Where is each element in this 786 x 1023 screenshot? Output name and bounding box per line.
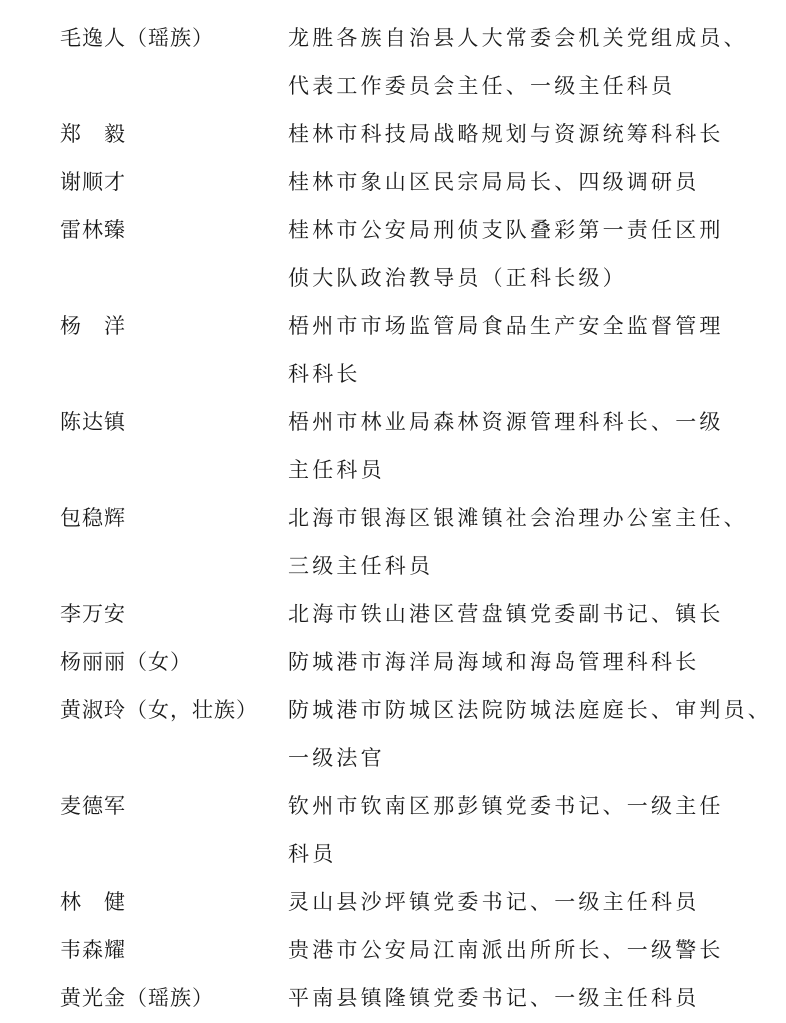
title-line: 龙胜各族自治县人大常委会机关党组成员、 [288,14,738,62]
person-title: 桂林市科技局战略规划与资源统筹科科长 [288,110,738,158]
person-name: 韦森耀 [0,926,288,974]
person-name: 杨丽丽（女） [0,638,288,686]
person-title: 桂林市公安局刑侦支队叠彩第一责任区刑侦大队政治教导员（正科长级） [288,206,738,302]
title-line: 钦州市钦南区那彭镇党委书记、一级主任 [288,782,738,830]
list-item: 陈达镇 梧州市林业局森林资源管理科科长、一级主任科员 [0,398,786,494]
person-name: 李万安 [0,590,288,638]
title-line: 主任科员 [288,446,738,494]
person-name: 黄光金（瑶族） [0,974,288,1022]
list-item: 林 健 灵山县沙坪镇党委书记、一级主任科员 [0,878,786,926]
title-line: 防城港市海洋局海域和海岛管理科科长 [288,638,738,686]
person-title: 北海市银海区银滩镇社会治理办公室主任、三级主任科员 [288,494,738,590]
person-name: 郑 毅 [0,110,288,158]
person-title: 平南县镇隆镇党委书记、一级主任科员 [288,974,738,1022]
person-name: 杨 洋 [0,302,288,350]
title-line: 侦大队政治教导员（正科长级） [288,254,738,302]
person-title: 桂林市象山区民宗局局长、四级调研员 [288,158,738,206]
person-title: 梧州市市场监管局食品生产安全监督管理科科长 [288,302,738,398]
person-title: 贵港市公安局江南派出所所长、一级警长 [288,926,738,974]
title-line: 北海市银海区银滩镇社会治理办公室主任、 [288,494,738,542]
title-line: 三级主任科员 [288,542,738,590]
list-item: 杨 洋 梧州市市场监管局食品生产安全监督管理科科长 [0,302,786,398]
title-line: 科科长 [288,350,738,398]
person-title: 防城港市海洋局海域和海岛管理科科长 [288,638,738,686]
person-title: 龙胜各族自治县人大常委会机关党组成员、代表工作委员会主任、一级主任科员 [288,14,738,110]
list-item: 谢顺才 桂林市象山区民宗局局长、四级调研员 [0,158,786,206]
person-name: 林 健 [0,878,288,926]
person-name: 毛逸人（瑶族） [0,14,288,62]
person-title: 灵山县沙坪镇党委书记、一级主任科员 [288,878,738,926]
list-item: 李万安 北海市铁山港区营盘镇党委副书记、镇长 [0,590,786,638]
list-item: 韦森耀 贵港市公安局江南派出所所长、一级警长 [0,926,786,974]
list-item: 麦德军 钦州市钦南区那彭镇党委书记、一级主任科员 [0,782,786,878]
title-line: 代表工作委员会主任、一级主任科员 [288,62,738,110]
list-item: 毛逸人（瑶族） 龙胜各族自治县人大常委会机关党组成员、代表工作委员会主任、一级主… [0,14,786,110]
list-item: 黄淑玲（女，壮族） 防城港市防城区法院防城法庭庭长、审判员、一级法官 [0,686,786,782]
person-title: 梧州市林业局森林资源管理科科长、一级主任科员 [288,398,738,494]
list-item: 包稳辉 北海市银海区银滩镇社会治理办公室主任、三级主任科员 [0,494,786,590]
title-line: 梧州市林业局森林资源管理科科长、一级 [288,398,738,446]
person-title: 钦州市钦南区那彭镇党委书记、一级主任科员 [288,782,738,878]
list-item: 雷林臻 桂林市公安局刑侦支队叠彩第一责任区刑侦大队政治教导员（正科长级） [0,206,786,302]
personnel-list: 毛逸人（瑶族） 龙胜各族自治县人大常委会机关党组成员、代表工作委员会主任、一级主… [0,14,786,1022]
title-line: 梧州市市场监管局食品生产安全监督管理 [288,302,738,350]
person-name: 麦德军 [0,782,288,830]
title-line: 北海市铁山港区营盘镇党委副书记、镇长 [288,590,738,638]
title-line: 防城港市防城区法院防城法庭庭长、审判员、 [288,686,738,734]
title-line: 一级法官 [288,734,738,782]
person-name: 谢顺才 [0,158,288,206]
person-name: 黄淑玲（女，壮族） [0,686,288,734]
person-title: 防城港市防城区法院防城法庭庭长、审判员、一级法官 [288,686,738,782]
person-name: 雷林臻 [0,206,288,254]
title-line: 平南县镇隆镇党委书记、一级主任科员 [288,974,738,1022]
person-name: 陈达镇 [0,398,288,446]
title-line: 桂林市科技局战略规划与资源统筹科科长 [288,110,738,158]
title-line: 桂林市公安局刑侦支队叠彩第一责任区刑 [288,206,738,254]
person-name: 包稳辉 [0,494,288,542]
list-item: 郑 毅 桂林市科技局战略规划与资源统筹科科长 [0,110,786,158]
title-line: 科员 [288,830,738,878]
title-line: 贵港市公安局江南派出所所长、一级警长 [288,926,738,974]
list-item: 黄光金（瑶族） 平南县镇隆镇党委书记、一级主任科员 [0,974,786,1022]
title-line: 桂林市象山区民宗局局长、四级调研员 [288,158,738,206]
person-title: 北海市铁山港区营盘镇党委副书记、镇长 [288,590,738,638]
title-line: 灵山县沙坪镇党委书记、一级主任科员 [288,878,738,926]
list-item: 杨丽丽（女） 防城港市海洋局海域和海岛管理科科长 [0,638,786,686]
